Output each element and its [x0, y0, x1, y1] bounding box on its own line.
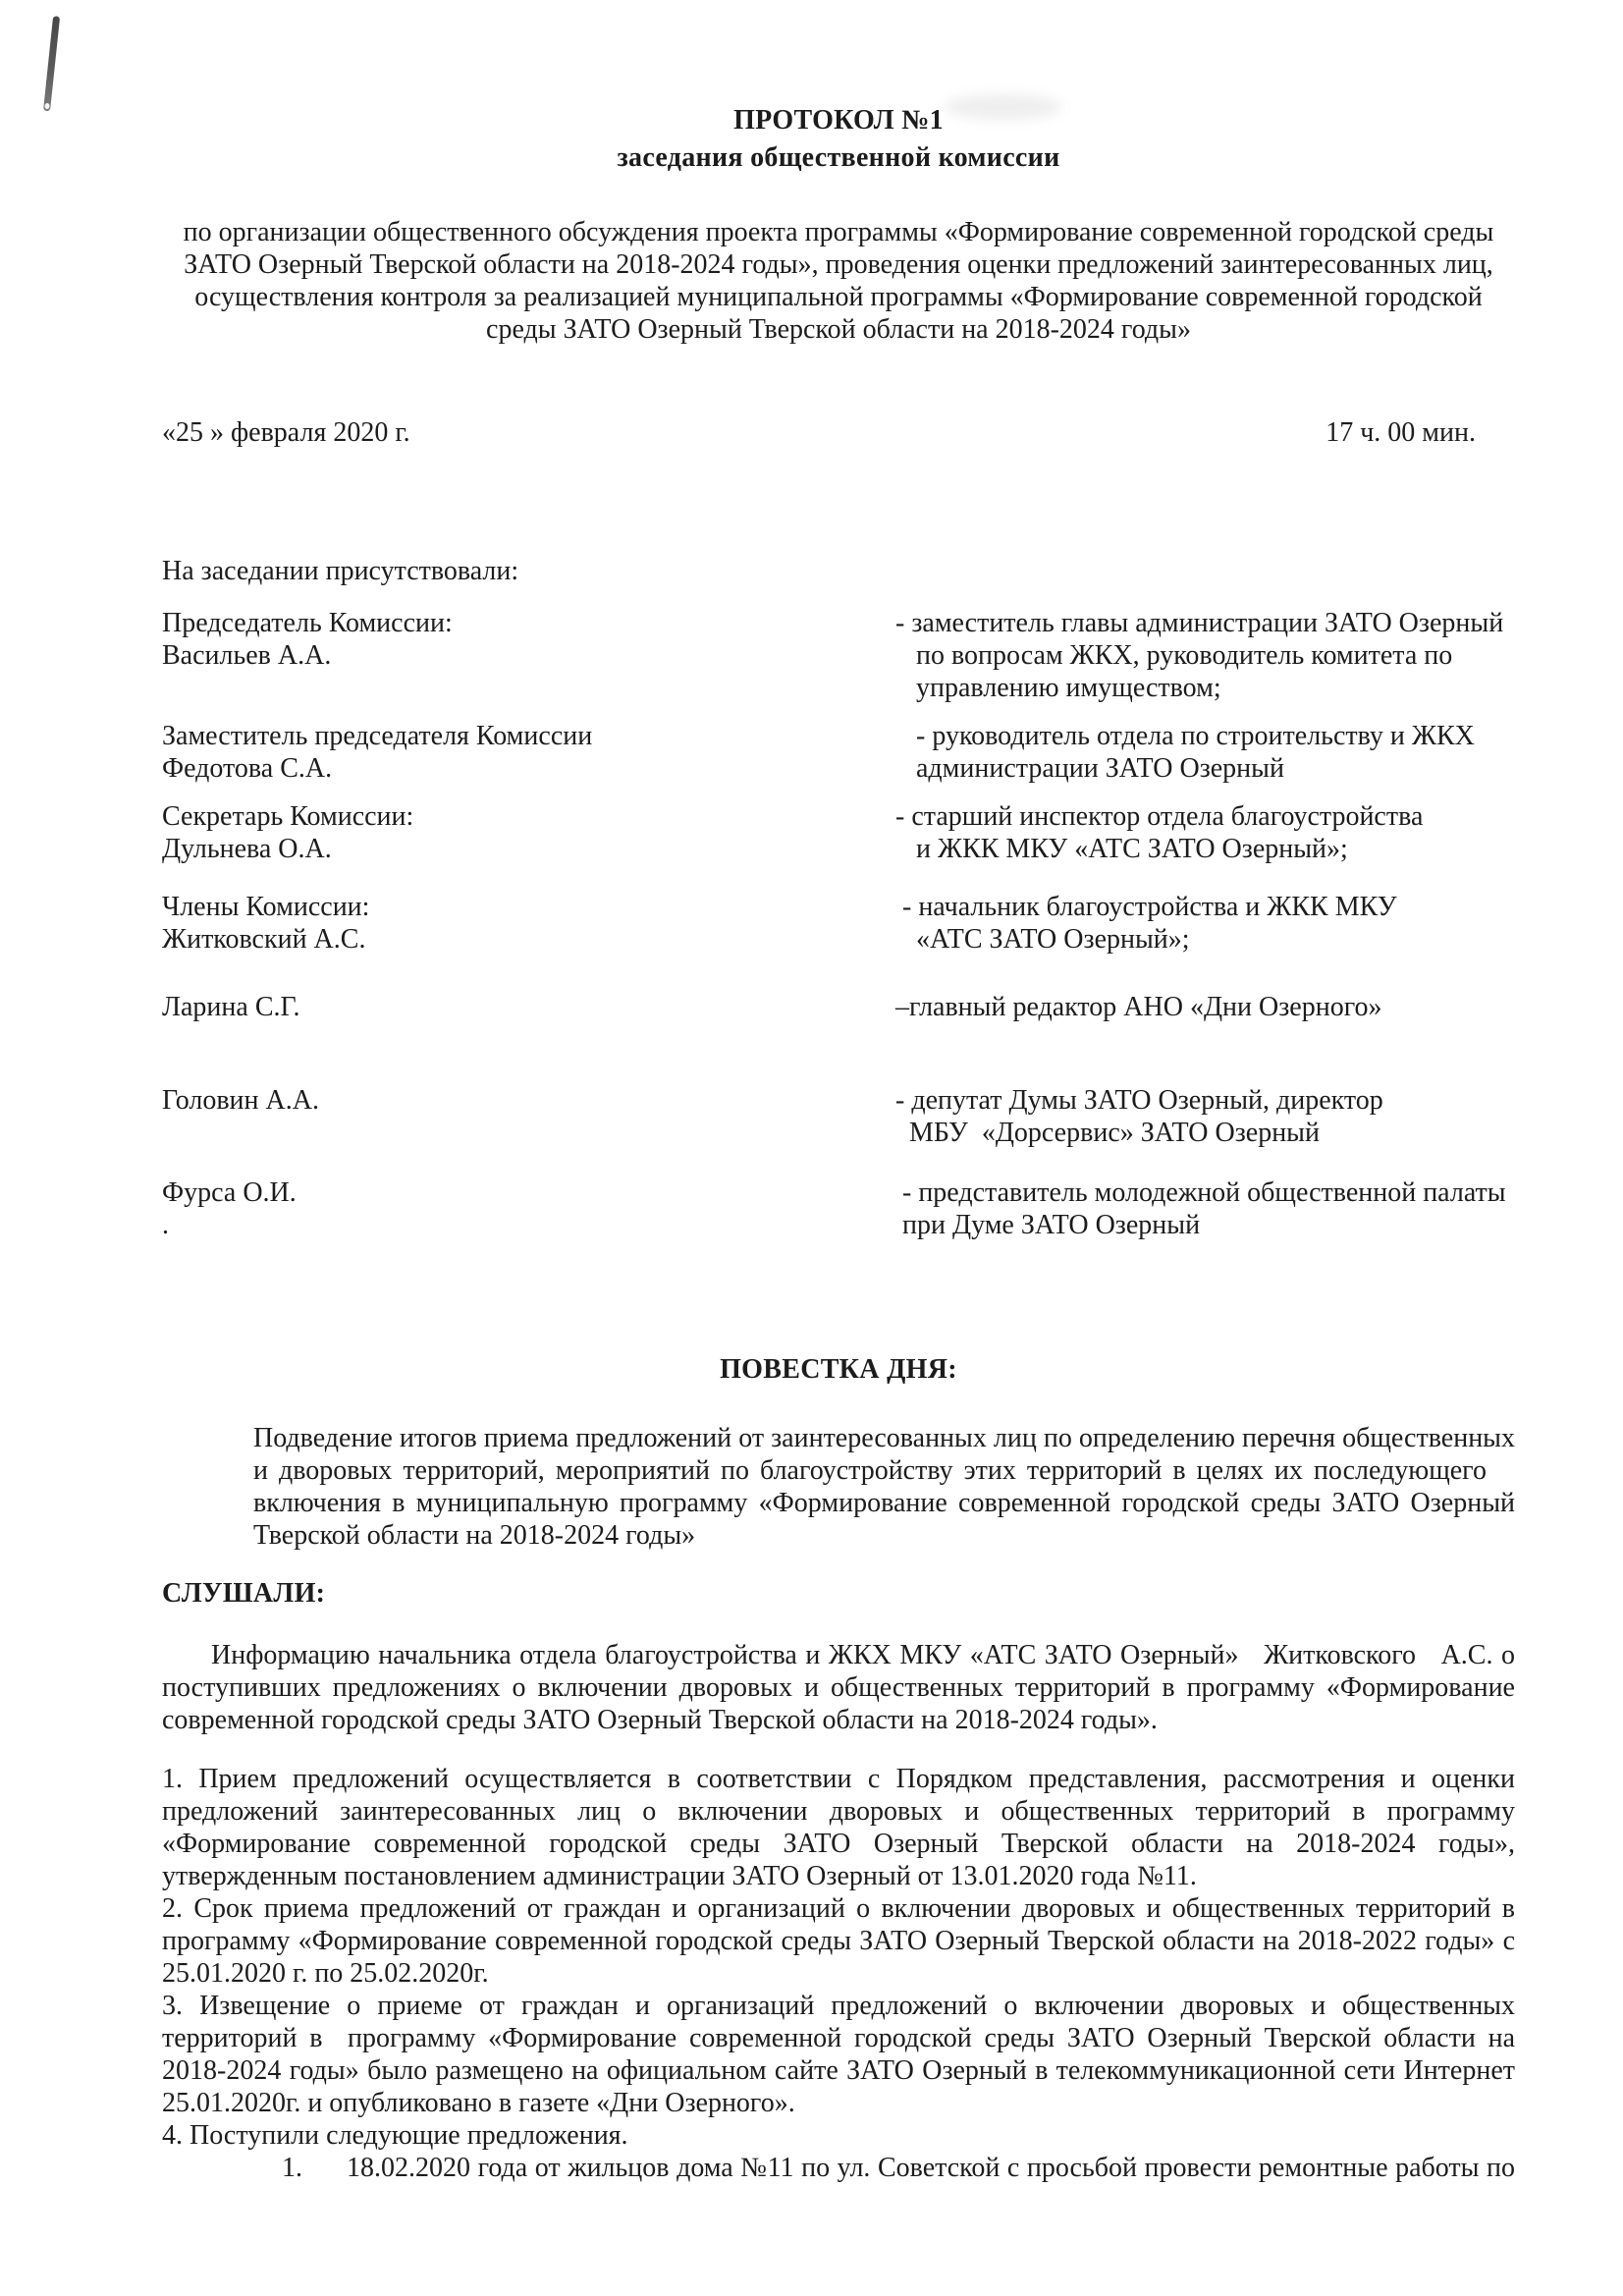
- scan-smudge-artifact: [945, 94, 1062, 120]
- protocol-item-1: 1. Прием предложений осуществляется в со…: [162, 1763, 1515, 1892]
- intro-paragraph: по организации общественного обсуждения …: [162, 216, 1515, 346]
- attendee-row-member-fursa: Фурса О.И. . - представитель молодежной …: [162, 1176, 1515, 1241]
- heard-intro-paragraph: Информацию начальника отдела благоустрой…: [162, 1639, 1515, 1736]
- title-line-1: ПРОТОКОЛ №1: [162, 102, 1515, 139]
- document-title: ПРОТОКОЛ №1 заседания общественной комис…: [162, 102, 1515, 177]
- document-content: ПРОТОКОЛ №1 заседания общественной комис…: [0, 0, 1623, 2184]
- attendee-description: - начальник благоустройства и ЖКК МКУ «А…: [895, 891, 1515, 956]
- attendee-role-name: Фурса О.И. .: [162, 1176, 895, 1241]
- protocol-item-4: 4. Поступили следующие предложения.: [162, 2119, 1515, 2152]
- attendee-role-name: Председатель Комиссии: Васильев А.А.: [162, 607, 895, 704]
- document-page: ПРОТОКОЛ №1 заседания общественной комис…: [0, 0, 1623, 2296]
- attendee-description: - заместитель главы администрации ЗАТО О…: [895, 607, 1515, 704]
- attendee-row-member-zhitkovsky: Члены Комиссии: Житковский А.С. - началь…: [162, 891, 1515, 956]
- attendees-list: Председатель Комиссии: Васильев А.А. - з…: [162, 607, 1515, 1241]
- subitem-number: 1.: [282, 2152, 347, 2184]
- attendee-role-name: Головин А.А.: [162, 1084, 895, 1149]
- heard-heading: СЛУШАЛИ:: [162, 1577, 1515, 1610]
- meeting-time: 17 ч. 00 мин.: [1325, 416, 1476, 449]
- proposal-subitem: 1. 18.02.2020 года от жильцов дома №11 п…: [162, 2152, 1515, 2184]
- protocol-item-2: 2. Срок приема предложений от граждан и …: [162, 1892, 1515, 1990]
- protocol-item-3: 3. Извещение о приеме от граждан и орган…: [162, 1990, 1515, 2119]
- agenda-paragraph: Подведение итогов приема предложений от …: [253, 1422, 1515, 1552]
- attendee-row-deputy-chairman: Заместитель председателя Комиссии Федото…: [162, 720, 1515, 785]
- pen-stroke-tip: [44, 103, 50, 109]
- title-line-2: заседания общественной комиссии: [162, 139, 1515, 177]
- meeting-date: «25 » февраля 2020 г.: [162, 416, 410, 449]
- attendee-description: - представитель молодежной общественной …: [895, 1176, 1515, 1241]
- attendee-role-name: Ларина С.Г.: [162, 991, 895, 1023]
- attendee-description: –главный редактор АНО «Дни Озерного»: [895, 991, 1515, 1023]
- subitem-text: 18.02.2020 года от жильцов дома №11 по у…: [347, 2152, 1515, 2184]
- agenda-heading: ПОВЕСТКА ДНЯ:: [162, 1353, 1515, 1386]
- attendee-description: - старший инспектор отдела благоустройст…: [895, 800, 1515, 865]
- date-time-row: «25 » февраля 2020 г. 17 ч. 00 мин.: [162, 416, 1515, 449]
- attendees-heading: На заседании присутствовали:: [162, 555, 1515, 587]
- attendee-role-name: Члены Комиссии: Житковский А.С.: [162, 891, 895, 956]
- attendee-row-chairman: Председатель Комиссии: Васильев А.А. - з…: [162, 607, 1515, 704]
- attendee-row-secretary: Секретарь Комиссии: Дульнева О.А. - стар…: [162, 800, 1515, 865]
- protocol-items: 1. Прием предложений осуществляется в со…: [162, 1763, 1515, 2184]
- attendee-description: - руководитель отдела по строительству и…: [895, 720, 1515, 785]
- attendee-role-name: Секретарь Комиссии: Дульнева О.А.: [162, 800, 895, 865]
- attendee-row-member-larina: Ларина С.Г. –главный редактор АНО «Дни О…: [162, 991, 1515, 1023]
- attendee-role-name: Заместитель председателя Комиссии Федото…: [162, 720, 895, 785]
- attendee-row-member-golovin: Головин А.А. - депутат Думы ЗАТО Озерный…: [162, 1084, 1515, 1149]
- attendee-description: - депутат Думы ЗАТО Озерный, директор МБ…: [895, 1084, 1515, 1149]
